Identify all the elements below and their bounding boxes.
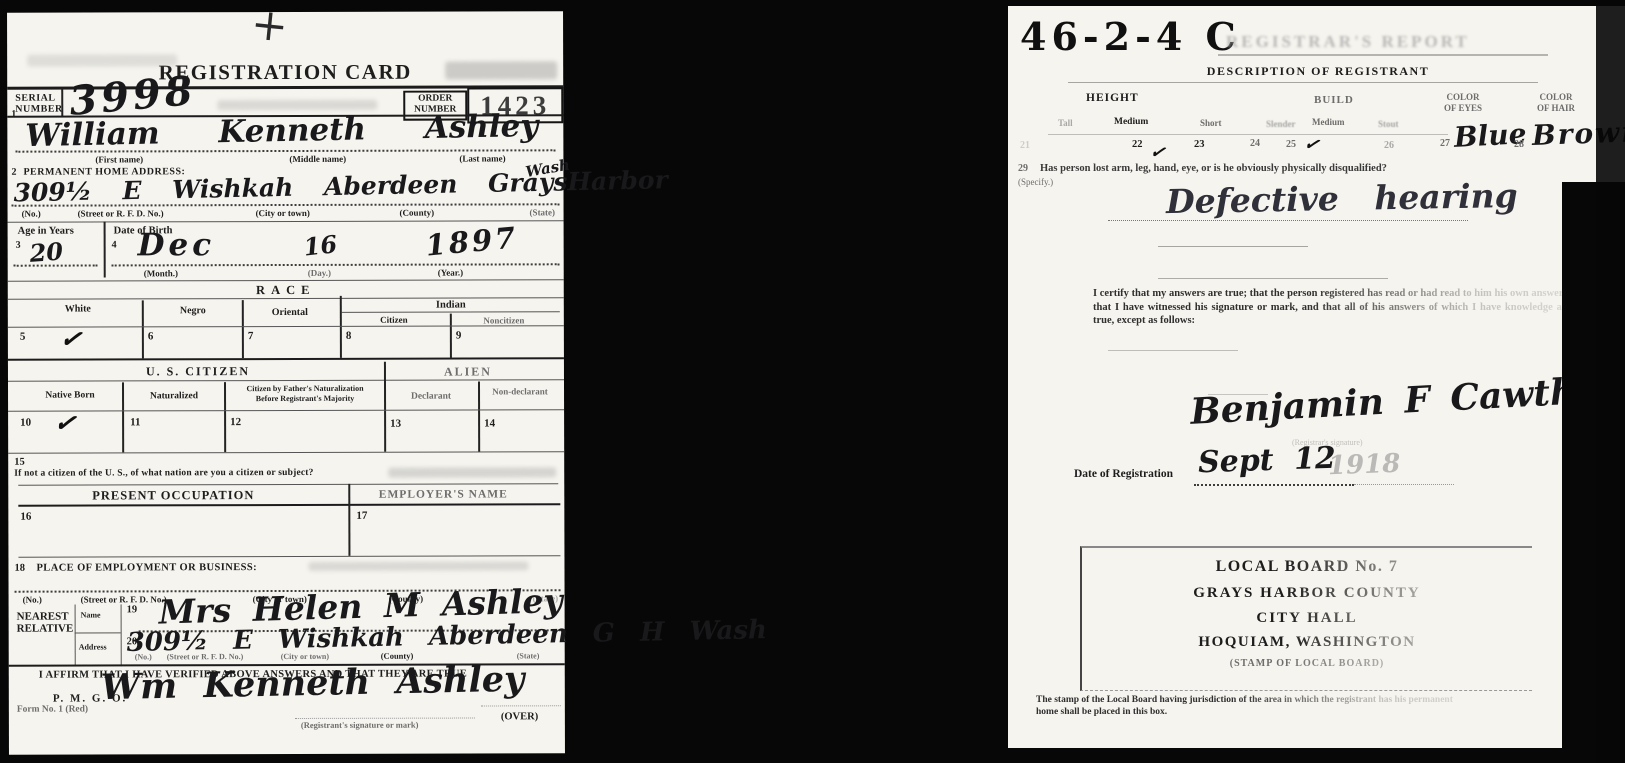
stamp-box-caption: (STAMP OF LOCAL BOARD) <box>1082 658 1532 669</box>
non-declarant-label: Non-declarant <box>480 386 560 396</box>
build-medium-checkmark: ✓ <box>1302 135 1321 156</box>
citizen-by-father-label: Citizen by Father's Naturalization Befor… <box>226 384 384 403</box>
year-label: (Year.) <box>438 268 463 278</box>
color-of-hair-heading: COLOR OF HAIR <box>1526 92 1586 113</box>
stout-label: Stout <box>1378 119 1399 129</box>
rule-line <box>8 279 564 281</box>
native-born-checkmark: ✓ <box>52 409 77 438</box>
over-label: (OVER) <box>501 711 538 722</box>
address-label-street: (Street or R. F. D. No.) <box>78 208 164 218</box>
employer-name-heading: EMPLOYER'S NAME <box>338 488 548 501</box>
race-white-checkmark: ✓ <box>58 325 83 354</box>
hair-heading-line2: OF HAIR <box>1526 103 1586 114</box>
present-occupation-heading: PRESENT OCCUPATION <box>38 488 308 504</box>
race-noncitizen-label: Noncitizen <box>452 315 556 325</box>
smudge-mark <box>388 467 556 477</box>
serial-label-line1: SERIAL <box>15 93 62 104</box>
employer-field-number: 17 <box>356 510 367 522</box>
rule-line <box>1068 82 1538 83</box>
line29-specify-label: (Specify.) <box>1018 177 1053 187</box>
race-oriental-label: Oriental <box>244 307 336 318</box>
cross-mark: + <box>249 2 290 50</box>
declarant-label: Declarant <box>386 392 476 402</box>
citizen-by-father-line1: Citizen by Father's Naturalization <box>226 384 384 394</box>
smudge-mark <box>308 561 528 571</box>
height-medium-number: 22 <box>1132 139 1143 150</box>
naturalized-number: 11 <box>130 416 140 428</box>
rule-line <box>8 451 564 453</box>
dotted-line <box>112 263 560 266</box>
line29-answer: Defective hearing <box>1166 179 1518 218</box>
rule-line <box>1158 278 1388 279</box>
local-board-stamp-box: LOCAL BOARD No. 7 GRAYS HARBOR COUNTY CI… <box>1080 546 1532 691</box>
height-medium-checkmark: ✓ <box>1149 143 1167 163</box>
eyes-heading-line1: COLOR <box>1433 92 1493 103</box>
rule-line <box>8 379 564 381</box>
rule-line <box>8 409 564 411</box>
height-medium-label: Medium <box>1114 117 1148 127</box>
rule-line <box>1048 134 1448 135</box>
date-of-registration-year: 1918 <box>1328 451 1401 480</box>
smudge-mark <box>217 100 377 110</box>
serial-number-label: SERIAL NUMBER <box>15 93 63 115</box>
line15-question: If not a citizen of the U. S., of what n… <box>14 468 313 479</box>
race-negro-label: Negro <box>146 305 240 316</box>
table-border <box>450 314 452 358</box>
nearest-relative-line1: NEAREST <box>17 611 74 623</box>
serial-label-line2: NUMBER <box>15 104 62 115</box>
build-medium-label: Medium <box>1312 117 1345 127</box>
age-field-number: 3 <box>16 240 21 251</box>
file-locator-stamp: 46-2-4 C <box>1020 14 1241 59</box>
table-border <box>224 382 226 452</box>
dob-field-number: 4 <box>112 239 117 250</box>
order-label-line1: ORDER <box>405 94 465 105</box>
race-white-label: White <box>18 303 138 314</box>
stout-number: 26 <box>1384 140 1394 151</box>
relative-label-street: (Street or R. F. D. No.) <box>167 652 244 661</box>
smudge-mark <box>445 61 557 79</box>
slender-number: 24 <box>1250 138 1260 149</box>
dotted-line <box>12 203 560 206</box>
hair-heading-line1: COLOR <box>1526 92 1586 103</box>
date-of-registration-value: Sept 12 <box>1198 444 1337 479</box>
table-border <box>104 221 106 277</box>
relative-name-label: Name <box>81 610 101 619</box>
table-border <box>142 300 144 358</box>
birth-day-value: 16 <box>302 232 338 259</box>
dotted-line <box>1354 484 1454 485</box>
registrar-signature: Benjamin F Cawthorn <box>1189 370 1625 430</box>
line15-number: 15 <box>14 457 25 468</box>
race-citizen-number: 8 <box>346 330 352 342</box>
day-label: (Day.) <box>308 268 331 278</box>
table-border <box>121 604 122 666</box>
table-border <box>478 381 480 451</box>
nearest-relative-heading: NEAREST RELATIVE <box>17 611 74 635</box>
native-born-number: 10 <box>20 417 31 429</box>
non-declarant-number: 14 <box>484 417 495 429</box>
build-heading: BUILD <box>1314 94 1354 106</box>
occupation-field-number: 16 <box>20 511 31 523</box>
color-of-eyes-heading: COLOR OF EYES <box>1433 92 1493 113</box>
scanner-black-mask <box>1596 0 1625 763</box>
stamp-box-line1: LOCAL BOARD No. 7 <box>1082 558 1532 576</box>
line2-number: 2 <box>11 167 16 178</box>
hair-number: 28 <box>1514 139 1524 150</box>
line1-number: 1 <box>11 109 16 120</box>
rule-line <box>8 357 564 360</box>
rule-line <box>1108 350 1238 351</box>
race-oriental-number: 7 <box>248 330 254 342</box>
naturalized-label: Naturalized <box>126 391 222 401</box>
alien-heading: ALIEN <box>398 364 538 379</box>
last-name-label: (Last name) <box>459 153 505 163</box>
race-indian-label: Indian <box>342 299 560 311</box>
line29-question: Has person lost arm, leg, hand, eye, or … <box>1040 163 1387 174</box>
address-label-no: (No.) <box>22 209 41 219</box>
address-label-county: (County) <box>400 208 435 218</box>
table-border <box>122 382 124 452</box>
dotted-line <box>1108 220 1468 221</box>
race-white-number: 5 <box>20 331 26 343</box>
slender-label: Slender <box>1266 119 1296 129</box>
table-border <box>61 89 63 117</box>
relative-label-county: (County) <box>381 651 414 661</box>
table-border <box>384 362 386 452</box>
table-border <box>348 484 350 556</box>
month-label: (Month.) <box>144 268 178 278</box>
declarant-number: 13 <box>390 418 401 430</box>
registration-card-front: + REGISTRATION CARD SERIAL NUMBER 3998 O… <box>7 11 565 754</box>
stamp-footnote: The stamp of the Local Board having juri… <box>1036 694 1466 718</box>
relative-name-number: 19 <box>127 604 138 615</box>
rule-line <box>18 555 560 557</box>
rule-line <box>75 632 121 633</box>
short-label: Short <box>1200 118 1222 128</box>
nearest-relative-line2: RELATIVE <box>17 623 74 635</box>
eyes-number: 27 <box>1440 138 1450 149</box>
form-number-label: Form No. 1 (Red) <box>17 705 88 715</box>
first-name-label: (First name) <box>95 154 143 164</box>
age-value: 20 <box>29 239 64 265</box>
rule-line <box>18 483 558 485</box>
eyes-heading-line2: OF EYES <box>1433 103 1493 114</box>
us-citizen-heading: U. S. CITIZEN <box>68 364 328 380</box>
stamp-box-line3: CITY HALL <box>1082 610 1532 627</box>
short-number: 23 <box>1194 139 1205 150</box>
registrant-signature-label: (Registrant's signature or mark) <box>301 720 419 730</box>
rule-line <box>8 325 564 327</box>
citizen-by-father-number: 12 <box>230 416 241 428</box>
relative-label-city: (City or town) <box>281 652 329 661</box>
rule-line <box>1218 54 1548 56</box>
race-noncitizen-number: 9 <box>456 330 462 342</box>
build-medium-number: 25 <box>1286 139 1296 150</box>
registrant-name-value: William Kenneth Ashley <box>25 111 539 152</box>
rule-line <box>18 503 560 506</box>
relative-label-no: (No.) <box>135 652 152 661</box>
description-heading: DESCRIPTION OF REGISTRANT <box>1138 64 1498 79</box>
relative-address-label: Address <box>79 642 107 651</box>
scanned-draft-card: + REGISTRATION CARD SERIAL NUMBER 3998 O… <box>0 0 1625 763</box>
address-label-state: (State) <box>530 207 556 217</box>
date-of-registration-label: Date of Registration <box>1074 468 1173 480</box>
stamp-box-line4: HOQUIAM, WASHINGTON <box>1082 634 1532 651</box>
stamp-box-line2: GRAYS HARBOR COUNTY <box>1082 585 1532 602</box>
certification-text: I certify that my answers are true; that… <box>1093 287 1571 328</box>
birth-month-value: Dec <box>138 230 216 261</box>
dotted-line <box>481 705 561 706</box>
middle-name-label: (Middle name) <box>289 154 346 164</box>
table-border <box>75 605 76 667</box>
registration-card-back: 46-2-4 C REGISTRAR'S REPORT DESCRIPTION … <box>1008 6 1625 748</box>
registrars-report-heading: REGISTRAR'S REPORT <box>1226 32 1470 52</box>
height-heading: HEIGHT <box>1086 92 1139 104</box>
race-negro-number: 6 <box>148 330 154 342</box>
race-heading: RACE <box>186 283 386 299</box>
dotted-line <box>14 264 98 266</box>
dotted-line <box>15 149 555 152</box>
tall-label: Tall <box>1058 118 1073 128</box>
rule-line <box>1158 246 1308 247</box>
line18-heading: PLACE OF EMPLOYMENT OR BUSINESS: <box>36 562 257 574</box>
employment-label-no: (No.) <box>23 595 42 605</box>
race-citizen-label: Citizen <box>342 315 446 325</box>
native-born-label: Native Born <box>18 390 122 400</box>
birth-year-value: 1897 <box>425 223 520 260</box>
age-heading: Age in Years <box>18 226 74 237</box>
address-label-city: (City or town) <box>256 208 310 218</box>
table-border <box>242 300 244 358</box>
line18-number: 18 <box>14 563 25 574</box>
tall-number: 21 <box>1020 140 1030 151</box>
line29-number: 29 <box>1018 163 1028 174</box>
dotted-line <box>1194 484 1354 486</box>
registrant-signature: Wm Kenneth Ashley <box>100 662 524 705</box>
citizen-by-father-line2: Before Registrant's Majority <box>226 393 384 403</box>
employment-label-street: (Street or R. F. D. No.) <box>81 594 167 604</box>
smudge-mark <box>27 54 177 66</box>
rule-line <box>8 220 564 222</box>
